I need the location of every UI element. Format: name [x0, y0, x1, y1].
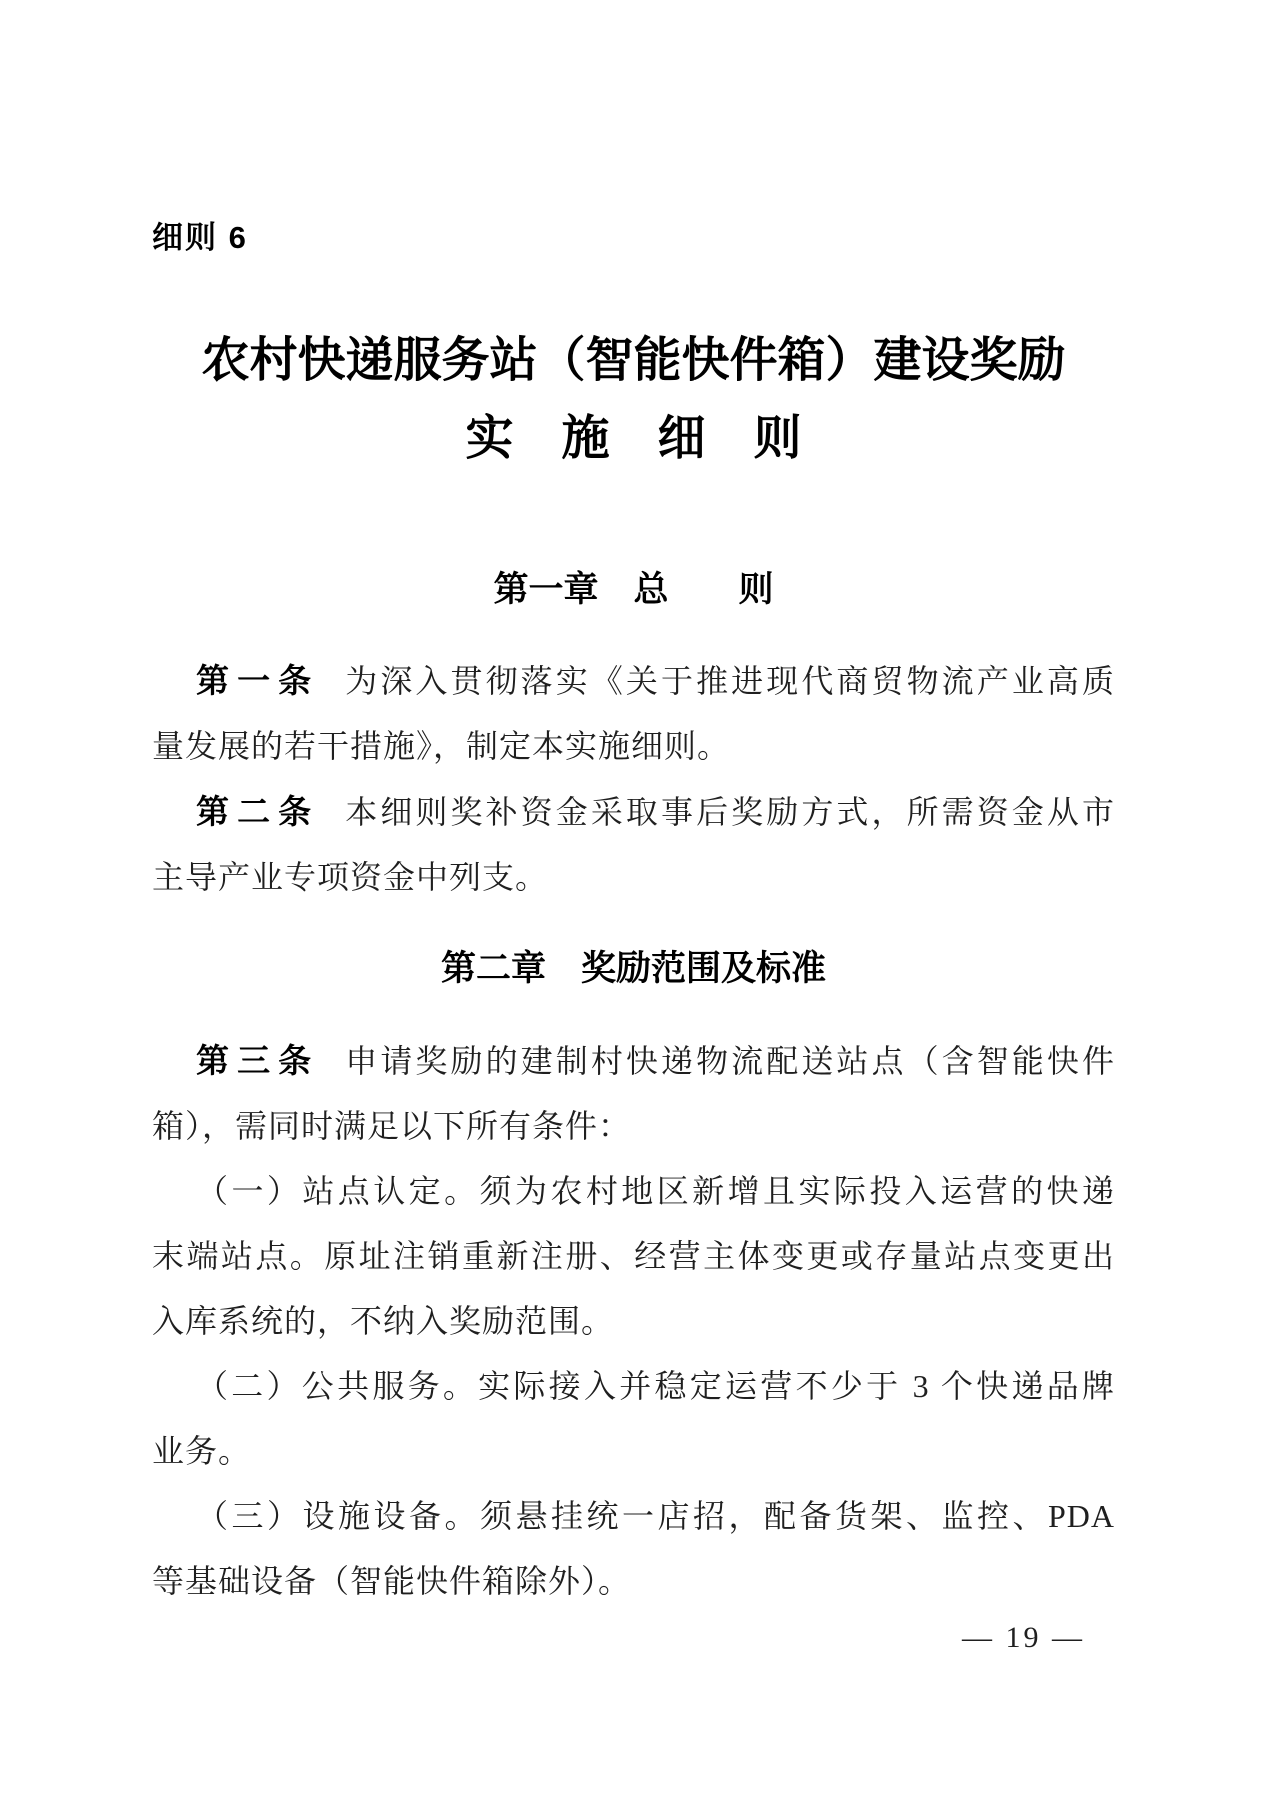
- article-3-line-2: 箱），需同时满足以下所有条件：: [152, 1094, 1115, 1159]
- clause-1-line-3: 入库系统的，不纳入奖励范围。: [152, 1289, 1115, 1354]
- article-2-text: 本细则奖补资金采取事后奖励方式，所需资金从市: [345, 794, 1115, 830]
- clause-1: （一）站点认定。须为农村地区新增且实际投入运营的快递 末端站点。原址注销重新注册…: [152, 1159, 1115, 1354]
- clause-2: （二）公共服务。实际接入并稳定运营不少于 3 个快递品牌 业务。: [152, 1354, 1115, 1484]
- article-1: 第一条为深入贯彻落实《关于推进现代商贸物流产业高质 量发展的若干措施》，制定本实…: [152, 648, 1115, 779]
- clause-3: （三）设施设备。须悬挂统一店招，配备货架、监控、PDA 等基础设备（智能快件箱除…: [152, 1484, 1115, 1614]
- chapter-1-heading: 第一章 总 则: [152, 568, 1115, 612]
- title-line-1: 农村快递服务站（智能快件箱）建设奖励: [152, 322, 1115, 400]
- clause-3-line-1: （三）设施设备。须悬挂统一店招，配备货架、监控、PDA: [152, 1484, 1115, 1549]
- article-2: 第二条本细则奖补资金采取事后奖励方式，所需资金从市 主导产业专项资金中列支。: [152, 779, 1115, 910]
- document-title: 农村快递服务站（智能快件箱）建设奖励 实 施 细 则: [152, 322, 1115, 478]
- article-1-line-2: 量发展的若干措施》，制定本实施细则。: [152, 714, 1115, 779]
- article-3-text: 申请奖励的建制村快递物流配送站点（含智能快件: [345, 1043, 1115, 1079]
- clause-2-line-2: 业务。: [152, 1419, 1115, 1484]
- clause-1-line-1: （一）站点认定。须为农村地区新增且实际投入运营的快递: [152, 1159, 1115, 1224]
- article-1-text: 为深入贯彻落实《关于推进现代商贸物流产业高质: [345, 663, 1115, 699]
- article-2-label: 第二条: [196, 793, 319, 830]
- article-2-line-1: 第二条本细则奖补资金采取事后奖励方式，所需资金从市: [152, 779, 1115, 845]
- article-3-line-1: 第三条申请奖励的建制村快递物流配送站点（含智能快件: [152, 1028, 1115, 1094]
- doc-label: 细则 6: [152, 218, 1115, 258]
- article-2-line-2: 主导产业专项资金中列支。: [152, 845, 1115, 910]
- title-line-2: 实 施 细 则: [152, 400, 1115, 478]
- page-number: — 19 —: [152, 1619, 1115, 1657]
- chapter-2-heading: 第二章 奖励范围及标准: [152, 947, 1115, 991]
- article-3: 第三条申请奖励的建制村快递物流配送站点（含智能快件 箱），需同时满足以下所有条件…: [152, 1028, 1115, 1159]
- article-1-line-1: 第一条为深入贯彻落实《关于推进现代商贸物流产业高质: [152, 648, 1115, 714]
- article-1-label: 第一条: [196, 662, 319, 699]
- document-page: 细则 6 农村快递服务站（智能快件箱）建设奖励 实 施 细 则 第一章 总 则 …: [0, 0, 1280, 1810]
- clause-1-line-2: 末端站点。原址注销重新注册、经营主体变更或存量站点变更出: [152, 1224, 1115, 1289]
- clause-2-line-1: （二）公共服务。实际接入并稳定运营不少于 3 个快递品牌: [152, 1354, 1115, 1419]
- clause-3-line-2: 等基础设备（智能快件箱除外）。: [152, 1549, 1115, 1614]
- article-3-label: 第三条: [196, 1042, 319, 1079]
